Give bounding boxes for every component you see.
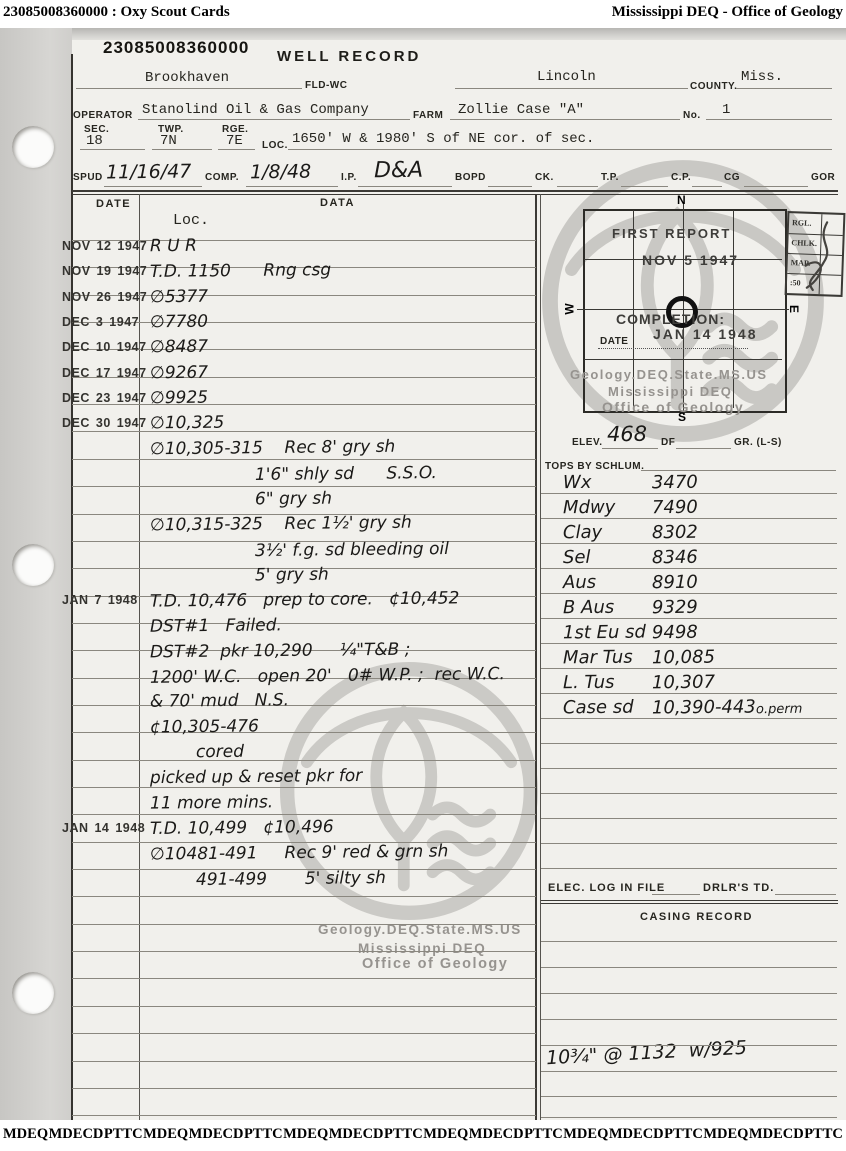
ck-label: CK.: [535, 172, 554, 183]
log-entry-text: DST#2 pkr 10,290 ¼"T&B ;: [150, 639, 411, 662]
ruled-line: [541, 793, 837, 794]
completion-date-label: DATE: [600, 336, 628, 347]
ruled-line: [72, 1033, 536, 1034]
plat-east-label: E: [787, 305, 801, 313]
ruled-line: [541, 1019, 837, 1020]
log-date-header: DATE: [96, 198, 131, 210]
tops-formation-name: 1st Eu sd: [563, 622, 646, 644]
log-date-stamp: NOV 12 1947: [62, 239, 147, 253]
divider: [72, 190, 838, 192]
elec-log-label: ELEC. LOG IN FILE: [548, 882, 665, 894]
log-entry-text: ∅10,315-325 Rec 1½' gry sh: [150, 513, 412, 536]
comp-label: COMP.: [205, 172, 239, 183]
ruled-line: [72, 623, 536, 624]
ruled-line: [541, 493, 837, 494]
log-entry-text: cored: [196, 742, 244, 763]
log-entry-text: picked up & reset pkr for: [150, 766, 362, 788]
tops-by-schlum-label: TOPS BY SCHLUM.: [545, 461, 644, 472]
dotted-underline: [598, 348, 748, 349]
ruled-line: [541, 1071, 837, 1072]
divider: [541, 900, 838, 901]
underline: [80, 149, 145, 150]
footer-token: MDECD: [609, 1126, 664, 1143]
underline: [455, 88, 688, 89]
footer-token: PTTC: [244, 1126, 283, 1143]
ruled-line: [541, 843, 837, 844]
tops-formation-name: L. Tus: [563, 672, 615, 694]
underline: [288, 149, 832, 150]
ruled-line: [541, 743, 837, 744]
bopd-label: BOPD: [455, 172, 486, 183]
underline: [692, 186, 722, 187]
plat-west-label: W: [563, 303, 577, 314]
divider: [72, 194, 838, 195]
watermark-office: Office of Geology: [602, 399, 744, 415]
underline: [706, 119, 832, 120]
cp-label: C.P.: [671, 172, 691, 183]
review-stamp-box: RGL. CHLK. MAP. :50: [785, 211, 846, 297]
footer-token: MDEQ: [143, 1126, 188, 1143]
elev-label: ELEV.: [572, 437, 602, 448]
underline: [358, 186, 452, 187]
underline: [602, 448, 658, 449]
log-date-stamp: JAN 7 1948: [62, 593, 138, 607]
scanned-well-record-page: 23085008360000 : Oxy Scout Cards Mississ…: [0, 0, 846, 1151]
punch-hole: [12, 544, 54, 586]
underline: [152, 149, 212, 150]
cg-label: CG: [724, 172, 740, 183]
tops-formation-depth: 7490: [652, 497, 698, 518]
ruled-line: [541, 993, 837, 994]
ruled-line: [541, 967, 837, 968]
log-date-stamp: JAN 14 1948: [62, 821, 145, 835]
footer-token: MDECD: [49, 1126, 104, 1143]
tops-formation-name: Clay: [563, 522, 602, 543]
ruled-line: [72, 705, 536, 706]
tops-formation-depth: 10,307: [652, 672, 715, 694]
log-entry-text: 3½' f.g. sd bleeding oil: [255, 539, 449, 561]
well-api-number: 23085008360000: [103, 38, 249, 58]
tops-formation-name: Aus: [563, 572, 596, 593]
log-entry-text: ¢10,305-476: [150, 716, 259, 737]
gr-label: GR. (L-S): [734, 437, 782, 448]
tops-formation-name: Sel: [563, 547, 591, 568]
ruled-line: [72, 951, 536, 952]
county-label: COUNTY.: [690, 81, 737, 92]
tops-formation-name: B Aus: [563, 597, 614, 619]
tops-formation-depth: 9498: [652, 622, 698, 643]
log-entry-text: & 70' mud N.S.: [150, 691, 289, 712]
field-name-value: Brookhaven: [145, 70, 229, 86]
log-entry-text: ∅7780: [150, 312, 208, 333]
punch-hole: [12, 972, 54, 1014]
tops-formation-depth: 8910: [652, 572, 698, 593]
ruled-line: [541, 693, 837, 694]
watermark-office: Office of Geology: [362, 956, 508, 972]
ruled-line: [72, 459, 536, 460]
ruled-line: [72, 978, 536, 979]
footer-token: MDECD: [329, 1126, 384, 1143]
ruled-line: [72, 732, 536, 733]
tp-label: T.P.: [601, 172, 619, 183]
df-label: DF: [661, 437, 675, 448]
log-entry-text: ∅5377: [150, 286, 208, 307]
tops-formation-depth: 10,390-443: [652, 696, 756, 718]
watermark-agency: Mississippi DEQ: [608, 384, 732, 399]
tops-formation-name: Wx: [563, 472, 592, 493]
tops-formation-name: Mar Tus: [563, 647, 633, 669]
ruled-line: [541, 818, 837, 819]
ruled-line: [72, 924, 536, 925]
footer-token: MDECD: [749, 1126, 804, 1143]
ruled-line: [541, 593, 837, 594]
log-date-stamp: DEC 10 1947: [62, 340, 147, 354]
ruled-line: [541, 568, 837, 569]
ruled-line: [72, 322, 536, 323]
log-loc-subheader: Loc.: [173, 212, 209, 229]
ruled-line: [541, 518, 837, 519]
tops-formation-depth: 10,085: [652, 647, 715, 669]
completion-stamp: COMPLETION:: [616, 311, 725, 327]
plat-gridline: [584, 359, 782, 360]
underline: [246, 186, 338, 187]
first-report-stamp: FIRST REPORT: [612, 226, 731, 241]
operator-value: Stanolind Oil & Gas Company: [142, 102, 369, 118]
log-entry-text: ∅10481-491 Rec 9' red & grn sh: [150, 842, 448, 865]
footer-token: MDEQ: [283, 1126, 328, 1143]
log-entry-text: ∅9925: [150, 387, 208, 408]
underline: [736, 88, 832, 89]
tops-formation-depth: 9329: [652, 597, 698, 618]
twp-value: 7N: [160, 133, 177, 149]
footer-code-strip: MDEQMDECDPTTCMDEQMDECDPTTCMDEQMDECDPTTCM…: [0, 1126, 846, 1143]
tops-formation-depth: 3470: [652, 472, 698, 493]
log-entry-text: 11 more mins.: [150, 792, 273, 813]
underline: [744, 186, 808, 187]
well-no-label: No.: [683, 110, 701, 121]
log-date-stamp: DEC 3 1947: [62, 315, 139, 329]
log-date-stamp: DEC 30 1947: [62, 416, 147, 430]
completion-date-stamp: JAN 14 1948: [653, 326, 758, 342]
log-entry-text: 1'6" shly sd S.S.O.: [255, 463, 437, 485]
underline: [652, 894, 700, 895]
footer-token: MDEQ: [423, 1126, 468, 1143]
underline: [676, 448, 731, 449]
log-entry-text: ∅9267: [150, 362, 208, 383]
log-entry-text: T.D. 10,499 ¢10,496: [150, 817, 334, 839]
log-entry-text: R U R: [150, 236, 197, 256]
ip-label: I.P.: [341, 172, 357, 183]
gor-label: GOR: [811, 172, 835, 183]
main-column-separator: [535, 194, 537, 1120]
drlrs-td-label: DRLR'S TD.: [703, 882, 774, 894]
signature-scrawl: [793, 215, 842, 295]
operator-label: OPERATOR: [73, 110, 133, 121]
state-value: Miss.: [741, 69, 783, 85]
log-date-stamp: DEC 23 1947: [62, 391, 147, 405]
field-label: FLD-WC: [305, 80, 347, 91]
sec-value: 18: [86, 133, 103, 149]
watermark-agency: Mississippi DEQ: [358, 941, 486, 956]
topbar-left-title: 23085008360000 : Oxy Scout Cards: [3, 4, 230, 21]
log-entry-text: 5' gry sh: [255, 565, 329, 586]
county-value: Lincoln: [537, 69, 596, 85]
ruled-line: [541, 868, 837, 869]
ruled-line: [541, 1096, 837, 1097]
underline: [104, 186, 202, 187]
card-left-border: [71, 54, 73, 1120]
well-no-value: 1: [722, 102, 730, 118]
ruled-line: [541, 941, 837, 942]
underline: [641, 470, 836, 471]
footer-token: MDEQ: [3, 1126, 48, 1143]
ruled-line: [72, 814, 536, 815]
topbar-right-title: Mississippi DEQ - Office of Geology: [612, 4, 843, 21]
log-entry-text: ∅10,305-315 Rec 8' gry sh: [150, 437, 395, 460]
farm-label: FARM: [413, 110, 443, 121]
log-date-stamp: NOV 19 1947: [62, 264, 147, 278]
main-column-separator-second: [540, 194, 541, 1120]
log-entry-text: 491-499 5' silty sh: [196, 868, 386, 890]
underline: [138, 119, 410, 120]
date-column-separator: [139, 194, 140, 1120]
punch-hole: [12, 126, 54, 168]
first-report-date-stamp: NOV 5 1947: [642, 252, 739, 268]
ruled-line: [72, 1088, 536, 1089]
ruled-line: [72, 760, 536, 761]
log-entry-text: 1200' W.C. open 20' 0# W.P. ; rec W.C.: [150, 664, 505, 688]
underline: [450, 119, 680, 120]
ruled-line: [541, 543, 837, 544]
footer-token: PTTC: [384, 1126, 423, 1143]
plat-north-label: N: [677, 193, 686, 207]
spud-label: SPUD: [73, 172, 103, 183]
footer-token: PTTC: [804, 1126, 843, 1143]
watermark-url: Geology.DEQ.State.MS.US: [570, 367, 768, 382]
ruled-line: [72, 486, 536, 487]
ruled-line: [541, 768, 837, 769]
underline: [621, 186, 668, 187]
ruled-line: [541, 1117, 837, 1118]
log-data-header: DATA: [320, 197, 355, 209]
loc-label: LOC.: [262, 140, 288, 151]
footer-token: MDEQ: [563, 1126, 608, 1143]
ruled-line: [541, 1045, 837, 1046]
log-entry-text: ∅8487: [150, 337, 208, 358]
comp-date-handwritten: 1/8/48: [250, 161, 311, 184]
spud-date-handwritten: 11/16/47: [106, 161, 192, 184]
footer-token: PTTC: [524, 1126, 563, 1143]
ruled-line: [72, 1115, 536, 1116]
ruled-line: [72, 1006, 536, 1007]
ruled-line: [541, 618, 837, 619]
card-title: WELL RECORD: [277, 48, 421, 65]
divider: [541, 903, 838, 904]
casing-record-header: CASING RECORD: [640, 911, 753, 923]
ruled-line: [72, 787, 536, 788]
tops-formation-note: o.perm: [756, 702, 803, 717]
underline: [488, 186, 532, 187]
loc-value: 1650' W & 1980' S of NE cor. of sec.: [292, 131, 594, 147]
tops-formation-name: Mdwy: [563, 497, 616, 519]
underline: [775, 894, 836, 895]
tops-formation-name: Case sd: [563, 697, 634, 719]
log-entry-text: T.D. 10,476 prep to core. ¢10,452: [150, 589, 460, 612]
footer-token: MDECD: [469, 1126, 524, 1143]
log-entry-text: T.D. 1150 Rng csg: [150, 260, 331, 282]
underline: [218, 149, 255, 150]
ruled-line: [72, 431, 536, 432]
tops-formation-depth: 8346: [652, 547, 698, 568]
footer-token: MDEQ: [703, 1126, 748, 1143]
ip-value-handwritten: D&A: [374, 158, 423, 184]
ruled-line: [72, 1061, 536, 1062]
ruled-line: [72, 896, 536, 897]
footer-token: PTTC: [664, 1126, 703, 1143]
footer-token: MDECD: [189, 1126, 244, 1143]
footer-token: PTTC: [104, 1126, 143, 1143]
tops-formation-depth: 8302: [652, 522, 698, 543]
underline: [76, 88, 302, 89]
log-entry-text: DST#1 Failed.: [150, 615, 282, 636]
underline: [557, 186, 598, 187]
rge-value: 7E: [226, 133, 243, 149]
log-date-stamp: DEC 17 1947: [62, 366, 147, 380]
farm-value: Zollie Case "A": [458, 102, 584, 118]
ruled-line: [541, 668, 837, 669]
log-entry-text: ∅10,325: [150, 413, 225, 434]
log-entry-text: 6" gry sh: [255, 489, 332, 510]
log-date-stamp: NOV 26 1947: [62, 290, 147, 304]
elev-value-handwritten: 468: [607, 422, 647, 446]
